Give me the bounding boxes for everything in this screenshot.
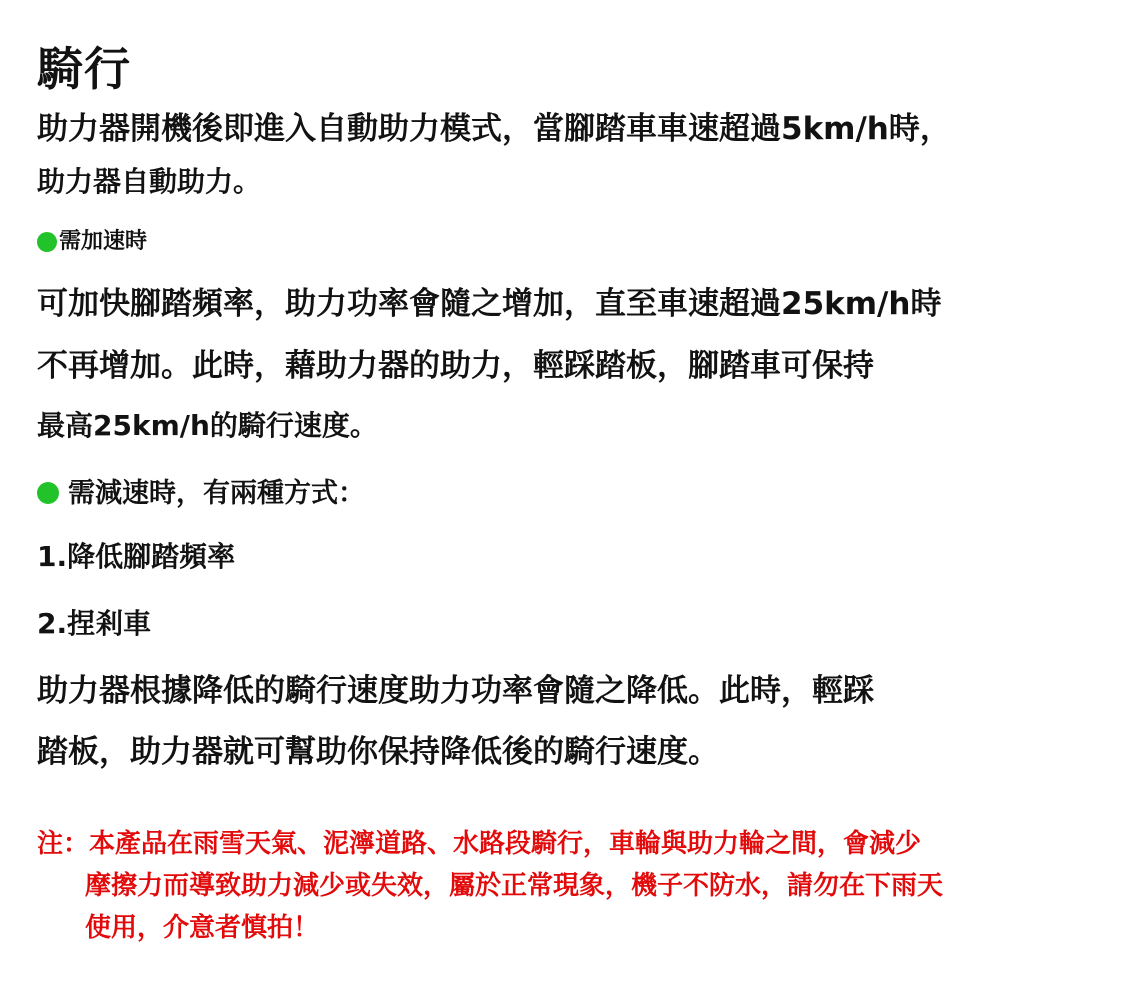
accelerate-section-heading: 需加速時 — [37, 228, 1111, 257]
page-title: 騎行 — [37, 44, 1111, 95]
accelerate-body-line-2: 不再增加。此時，藉助力器的助力，輕踩踏板，腳踏車可保持 — [37, 346, 1111, 387]
decelerate-body-line-1: 助力器根據降低的騎行速度助力功率會隨之降低。此時，輕踩 — [37, 671, 1111, 712]
accelerate-body-line-3: 最高25km/h的騎行速度。 — [37, 408, 1111, 444]
note-line-3: 使用，介意者慎拍！ — [37, 907, 1111, 949]
decelerate-body-line-2: 踏板，助力器就可幫助你保持降低後的騎行速度。 — [37, 732, 1111, 773]
note-line-2: 摩擦力而導致助力減少或失效，屬於正常現象，機子不防水，請勿在下雨天 — [37, 865, 1111, 907]
decelerate-list-item-1: 1.降低腳踏頻率 — [37, 539, 1111, 575]
product-description-document: 騎行 助力器開機後即進入自動助力模式，當腳踏車車速超過5km/h時， 助力器自動… — [0, 0, 1141, 949]
accelerate-body-line-1: 可加快腳踏頻率，助力功率會隨之增加，直至車速超過25km/h時 — [37, 284, 1111, 325]
warning-note: 注：本產品在雨雪天氣、泥濘道路、水路段騎行，車輪與助力輪之間，會減少 摩擦力而導… — [37, 823, 1111, 949]
note-line-1-text: 本產品在雨雪天氣、泥濘道路、水路段騎行，車輪與助力輪之間，會減少 — [89, 829, 921, 859]
green-dot-icon — [37, 482, 59, 504]
note-prefix-label: 注： — [37, 829, 89, 859]
green-dot-icon — [37, 232, 57, 252]
intro-line-2: 助力器自動助力。 — [37, 164, 1111, 200]
decelerate-heading-label: 需減速時，有兩種方式： — [68, 476, 365, 511]
note-line-1: 注：本產品在雨雪天氣、泥濘道路、水路段騎行，車輪與助力輪之間，會減少 — [37, 823, 1111, 865]
decelerate-section-heading: 需減速時，有兩種方式： — [37, 476, 1111, 511]
accelerate-heading-label: 需加速時 — [59, 228, 147, 257]
intro-line-1: 助力器開機後即進入自動助力模式，當腳踏車車速超過5km/h時， — [37, 109, 1111, 150]
decelerate-list-item-2: 2.捏剎車 — [37, 606, 1111, 642]
